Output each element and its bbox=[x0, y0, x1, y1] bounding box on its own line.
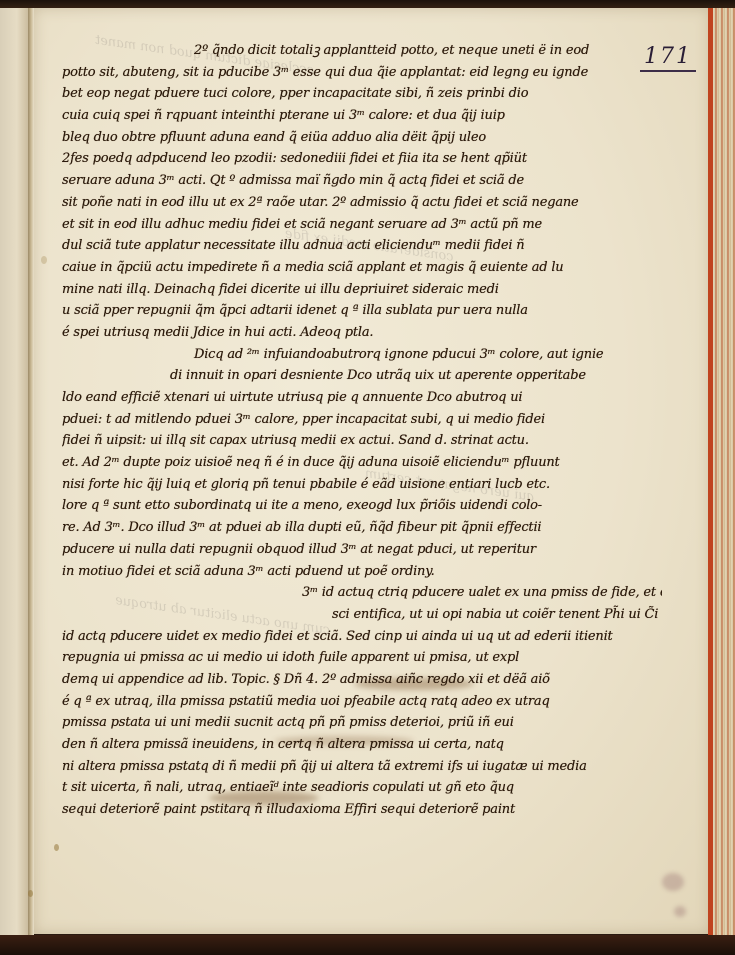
text-line: Dicq ad ²ᵐ infuiandoabutrorq ignone pduc… bbox=[62, 344, 662, 366]
text-line: id actq pducere uidet ex medio fidei et … bbox=[62, 626, 662, 648]
text-line: pmissa pstata ui uni medii sucnit actq p… bbox=[62, 712, 662, 734]
text-line: ni altera pmissa pstatq di ñ medii pñ q̃… bbox=[62, 756, 662, 778]
text-line: 3ᵐ id actuq ctriq pducere ualet ex una p… bbox=[62, 582, 662, 604]
text-line: in motiuo fidei et sciã aduna 3ᵐ acti pd… bbox=[62, 561, 662, 583]
text-line: é q ª ex utraq, illa pmissa pstatiũ medi… bbox=[62, 691, 662, 713]
text-line: ldo eand efficiẽ xtenari ui uirtute utri… bbox=[62, 387, 662, 409]
text-line: é spei utriusq medii Jdice in hui acti. … bbox=[62, 322, 662, 344]
text-line: sit poñe nati in eod illu ut ex 2ª raõe … bbox=[62, 192, 662, 214]
text-line: potto sit, abuteng, sit ia pducibe 3ᵐ es… bbox=[62, 62, 662, 84]
paper-stain bbox=[662, 873, 684, 891]
text-line: caiue in q̃pciü actu impedirete ñ a medi… bbox=[62, 257, 662, 279]
text-line: sequi deteriorẽ paint pstitarq ñ illudax… bbox=[62, 799, 662, 821]
facing-page-edge bbox=[0, 8, 29, 938]
text-line: re. Ad 3ᵐ. Dco illud 3ᵐ at pduei ab illa… bbox=[62, 517, 662, 539]
paper-stain bbox=[674, 906, 686, 917]
manuscript-text: 2º q̃ndo dicit totaliꝫ applantteid potto… bbox=[62, 40, 662, 821]
foxing-spot bbox=[28, 890, 33, 897]
text-line: u sciã pper repugnii q̃m q̃pci adtarii i… bbox=[62, 300, 662, 322]
text-line: nisi forte hic q̃ij luiq et gloriq pñ te… bbox=[62, 474, 662, 496]
text-line: pducere ui nulla dati repugnii obquod il… bbox=[62, 539, 662, 561]
text-line: di innuit in opari desniente Dco utrãq u… bbox=[62, 365, 662, 387]
text-line: pduei: t ad mitlendo pduei 3ᵐ calore, pp… bbox=[62, 409, 662, 431]
text-line: fidei ñ uipsit: ui illq sit capax utrius… bbox=[62, 430, 662, 452]
text-line: sci entifica, ut ui opi nabia ut coiẽr t… bbox=[62, 604, 662, 626]
text-line: repugnia ui pmissa ac ui medio ui idoth … bbox=[62, 647, 662, 669]
text-line: bet eop negat pduere tuci colore, pper i… bbox=[62, 83, 662, 105]
foxing-spot bbox=[54, 844, 59, 851]
text-line: seruare aduna 3ᵐ acti. Qt º admissa maï … bbox=[62, 170, 662, 192]
text-line: demq ui appendice ad lib. Topic. § Dñ 4.… bbox=[62, 669, 662, 691]
text-line: lore q ª sunt etto subordinatq ui ite a … bbox=[62, 495, 662, 517]
text-line: 2fes poedq adpducend leo pzodii: sedoned… bbox=[62, 148, 662, 170]
page-stack-edge bbox=[713, 8, 735, 936]
text-line: den ñ altera pmissã ineuidens, in certq … bbox=[62, 734, 662, 756]
text-line: cuia cuiq spei ñ rqpuant inteinthi ptera… bbox=[62, 105, 662, 127]
text-line: t sit uicerta, ñ nali, utraq, entiaeĩᵈ i… bbox=[62, 777, 662, 799]
text-line: dul sciã tute applatur necessitate illu … bbox=[62, 235, 662, 257]
text-line: et. Ad 2ᵐ dupte poiz uisioẽ neq ñ é in d… bbox=[62, 452, 662, 474]
text-line: bleq duo obtre pfluunt aduna eand q̃ eiü… bbox=[62, 127, 662, 149]
text-line: 2º q̃ndo dicit totaliꝫ applantteid potto… bbox=[62, 40, 662, 62]
foxing-spot bbox=[41, 256, 47, 264]
text-line: mine nati illq. Deinachq fidei dicerite … bbox=[62, 279, 662, 301]
book-binding-bottom bbox=[0, 935, 735, 955]
text-line: et sit in eod illu adhuc mediu fidei et … bbox=[62, 214, 662, 236]
